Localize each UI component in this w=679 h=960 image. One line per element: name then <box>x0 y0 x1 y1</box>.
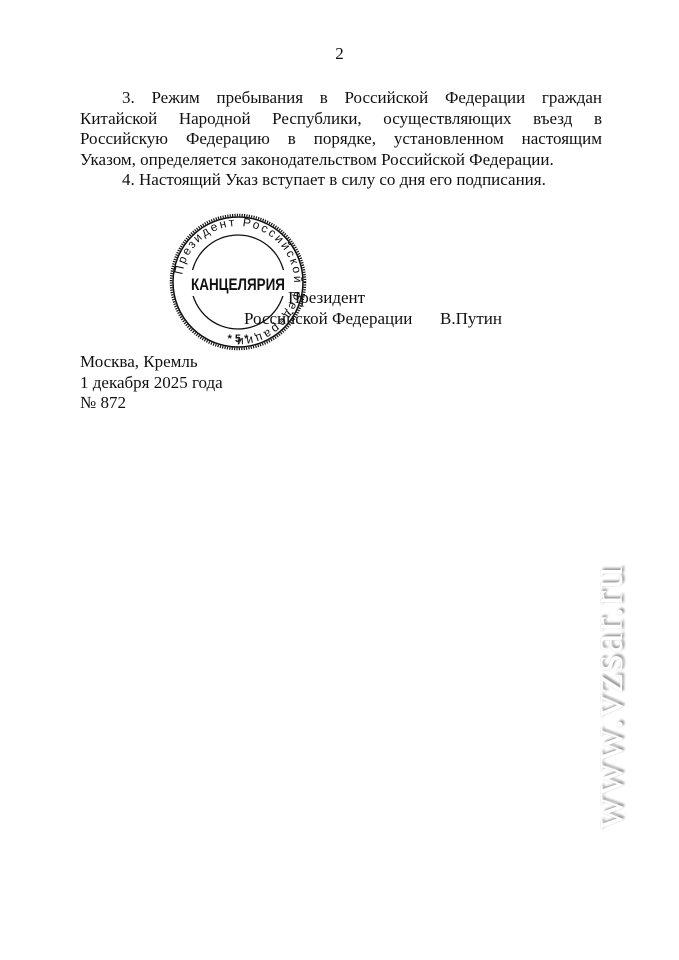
paragraph-3-line-2: Китайской Народной Республики, осуществл… <box>80 109 602 130</box>
place: Москва, Кремль <box>80 352 223 373</box>
signature-title-line1: Президент <box>288 288 365 308</box>
stamp-bottom-text: * 5 * <box>228 333 250 345</box>
paragraph-3-line-3: Российскую Федерацию в порядке, установл… <box>80 129 602 150</box>
watermark: www.vzsar.ru <box>580 470 633 830</box>
paragraph-3-line-1: 3. Режим пребывания в Российской Федерац… <box>80 88 602 109</box>
stamp-center-text: КАНЦЕЛЯРИЯ <box>191 275 285 294</box>
signature-title-line2: Российской Федерации <box>244 309 412 329</box>
paragraph-3-line-4: Указом, определяется законодательством Р… <box>80 150 602 171</box>
decree-number: № 872 <box>80 393 223 414</box>
place-date-block: Москва, Кремль 1 декабря 2025 года № 872 <box>80 352 223 414</box>
signatory-name: В.Путин <box>440 309 502 329</box>
date: 1 декабря 2025 года <box>80 373 223 394</box>
decree-body: 3. Режим пребывания в Российской Федерац… <box>80 88 602 191</box>
chancellery-stamp: Президент Российской Федерации КАНЦЕЛЯРИ… <box>168 212 308 352</box>
page-number: 2 <box>0 44 679 64</box>
paragraph-4: 4. Настоящий Указ вступает в силу со дня… <box>80 170 602 191</box>
